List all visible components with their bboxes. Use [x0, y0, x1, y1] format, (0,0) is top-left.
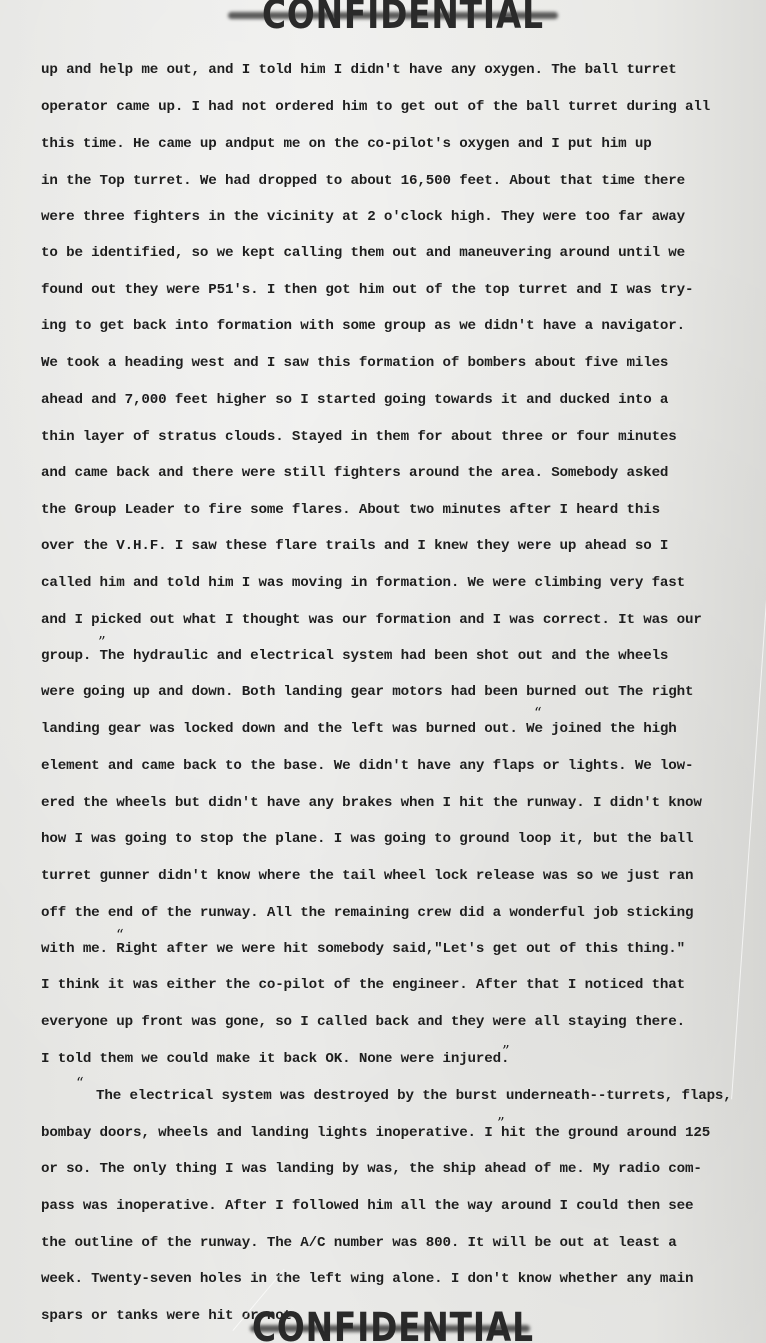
text-line: We took a heading west and I saw this fo…: [41, 355, 668, 371]
handwritten-quote-mark: “: [534, 704, 542, 722]
text-line: group. The hydraulic and electrical syst…: [41, 648, 668, 664]
text-line: to be identified, so we kept calling the…: [41, 245, 685, 261]
confidential-stamp-bottom: CONFIDENTIAL: [252, 1305, 534, 1343]
text-line: off the end of the runway. All the remai…: [41, 905, 693, 921]
text-line: thin layer of stratus clouds. Stayed in …: [41, 429, 677, 445]
text-line: over the V.H.F. I saw these flare trails…: [41, 538, 668, 554]
text-line: pass was inoperative. After I followed h…: [41, 1198, 693, 1214]
film-scratch: [731, 501, 766, 1100]
text-line: landing gear was locked down and the lef…: [41, 721, 677, 737]
text-line: everyone up front was gone, so I called …: [41, 1014, 685, 1030]
text-line: were three fighters in the vicinity at 2…: [41, 209, 685, 225]
text-line: how I was going to stop the plane. I was…: [41, 831, 693, 847]
text-line: up and help me out, and I told him I did…: [41, 62, 677, 78]
handwritten-quote-mark: ”: [497, 1114, 505, 1132]
text-line: operator came up. I had not ordered him …: [41, 99, 710, 115]
text-line: and came back and there were still fight…: [41, 465, 668, 481]
text-line: week. Twenty-seven holes in the left win…: [41, 1271, 693, 1287]
text-line: the Group Leader to fire some flares. Ab…: [41, 502, 660, 518]
text-line: bombay doors, wheels and landing lights …: [41, 1125, 710, 1141]
stamp-strikethrough: [250, 1325, 530, 1332]
text-line: were going up and down. Both landing gea…: [41, 684, 693, 700]
text-line: ahead and 7,000 feet higher so I started…: [41, 392, 668, 408]
handwritten-quote-mark: ”: [502, 1042, 510, 1060]
text-line: I think it was either the co-pilot of th…: [41, 977, 685, 993]
handwritten-quote-mark: “: [76, 1074, 84, 1092]
text-line: called him and told him I was moving in …: [41, 575, 685, 591]
text-line: this time. He came up andput me on the c…: [41, 136, 652, 152]
text-line: in the Top turret. We had dropped to abo…: [41, 173, 685, 189]
text-line: I told them we could make it back OK. No…: [41, 1051, 509, 1067]
document-page: CONFIDENTIAL up and help me out, and I t…: [0, 0, 766, 1343]
text-line: with me. Right after we were hit somebod…: [41, 941, 685, 957]
text-line: and I picked out what I thought was our …: [41, 612, 702, 628]
text-line: the outline of the runway. The A/C numbe…: [41, 1235, 677, 1251]
confidential-stamp-top: CONFIDENTIAL: [262, 0, 544, 38]
text-line: ing to get back into formation with some…: [41, 318, 685, 334]
text-line: or so. The only thing I was landing by w…: [41, 1161, 702, 1177]
text-line: found out they were P51's. I then got hi…: [41, 282, 693, 298]
text-line: element and came back to the base. We di…: [41, 758, 693, 774]
text-line: The electrical system was destroyed by t…: [96, 1088, 732, 1104]
text-line: ered the wheels but didn't have any brak…: [41, 795, 702, 811]
text-line: turret gunner didn't know where the tail…: [41, 868, 693, 884]
